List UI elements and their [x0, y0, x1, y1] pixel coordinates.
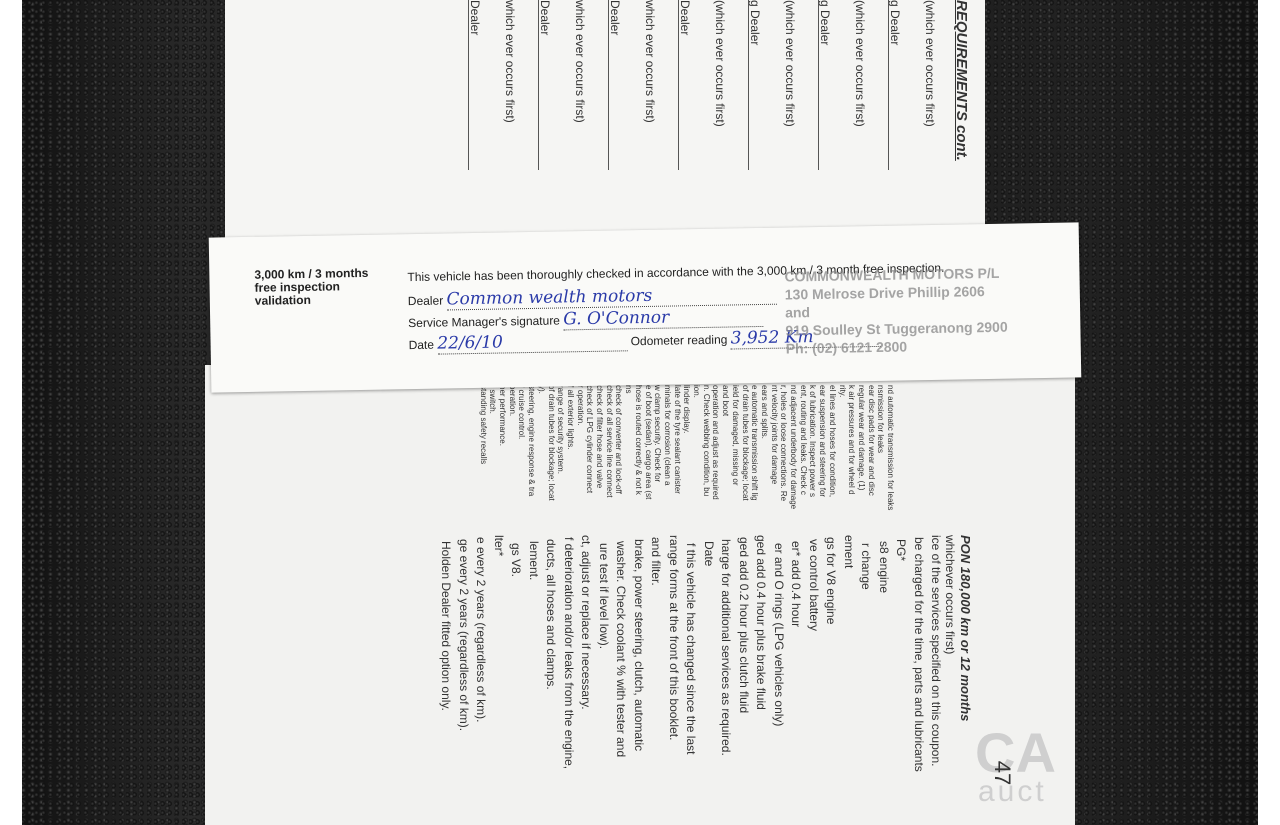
top-page: REQUIREMENTS cont. (which ever occurs fi… — [225, 0, 985, 250]
table-rule — [468, 0, 469, 170]
service-line: PG* — [894, 539, 908, 561]
checklist-line: ns — [624, 385, 633, 393]
checklist-line: nt velocity joints for damage — [770, 385, 779, 484]
service-line: ducts, all hoses and clamps. — [544, 539, 558, 690]
service-line: s8 engine — [877, 541, 891, 593]
checklist-line: ield for damaged, missing or — [731, 385, 740, 486]
service-line: ve control battery — [807, 539, 821, 631]
checklist-line: f cruise control. — [517, 385, 526, 439]
service-line: f this vehicle has changed since the las… — [684, 543, 698, 754]
checklist-line: el lines and hoses for condition, — [828, 385, 837, 497]
dealer-label: Dealer — [408, 294, 444, 309]
checklist-line: linder display. — [682, 385, 691, 433]
requirement-row-text: (which ever occurs first) — [713, 0, 727, 127]
checklist-line: minals for corrosion (clean a — [663, 385, 672, 485]
section-heading: REQUIREMENTS cont. — [953, 0, 970, 161]
service-line: ice of the services specified on this co… — [929, 535, 943, 766]
requirement-row-text: (which ever occurs first) — [783, 0, 797, 127]
coupon-subheading: whichever occurs first) — [943, 535, 957, 654]
service-line: ure test if level low). — [597, 543, 611, 649]
checklist-line: nsmission for leaks — [876, 385, 885, 453]
service-line: e every 2 years (regardless of km). — [474, 537, 488, 722]
page-number: 47 — [989, 761, 1015, 785]
signature-label: Service Manager's signature — [408, 313, 560, 330]
service-line: er and O rings (LPG vehicles only) — [772, 543, 786, 726]
odometer-label: Odometer reading — [631, 333, 728, 349]
requirement-row-text: which ever occurs first) — [573, 0, 587, 123]
checklist-line: check of filter hose and valve — [595, 385, 604, 488]
service-line: ged add 0.2 hour plus clutch fluid — [737, 537, 751, 713]
checklist-line: peration. — [508, 385, 517, 416]
requirement-row-text: (which ever occurs first) — [853, 0, 867, 127]
table-rule — [538, 0, 539, 170]
checklist-line: hose is routed correctly & not k — [634, 385, 643, 495]
service-line: and filter. — [649, 537, 663, 586]
service-line: Date — [702, 541, 716, 566]
checklist-line: of drain tubes for blockage; locat — [547, 385, 556, 501]
checklist-line: ears and splits. — [760, 385, 769, 439]
checklist-line: of drain tubes for blockage; locat — [741, 385, 750, 501]
service-line: ct, adjust or replace if necessary. — [579, 535, 593, 710]
coupon-title: 3,000 km / 3 months free inspection vali… — [254, 267, 385, 308]
checklist-line: f all exterior lights. — [566, 385, 575, 449]
signature-value: G. O'Connor — [563, 306, 763, 330]
service-line: brake, power steering, clutch, automatic — [632, 539, 646, 751]
checklist-line: check of LPG cylinder connect — [585, 385, 594, 493]
service-line: gs for V8 engine — [824, 537, 838, 624]
checklist-line: steering, engine response & tra — [527, 385, 536, 496]
checklist-line: check of all service line connect — [605, 385, 614, 498]
checklist-line: check of converter and lock-off — [614, 385, 623, 494]
requirement-row-text: g Dealer — [888, 0, 902, 45]
checklist-line: nd automatic transmission for leaks — [886, 385, 895, 510]
requirement-row-text: g Dealer — [818, 0, 832, 45]
date-label: Date — [408, 338, 434, 352]
checklist-line: ner performance. — [498, 385, 507, 446]
checklist-line: range of security system. — [556, 385, 565, 474]
left-border — [0, 0, 22, 825]
service-line: Holden Dealer fitted option only. — [439, 541, 453, 711]
service-line: f deterioration and/or leaks from the en… — [562, 537, 576, 769]
service-line: er* add 0.4 hour — [789, 541, 803, 627]
service-line: be charged for the time, parts and lubri… — [912, 537, 926, 772]
service-line: ge every 2 years (regardless of km). — [457, 539, 471, 731]
checklist-line: regular wear and damage. (1) — [857, 385, 866, 490]
checklist-line: e of boot (sedan), cargo area (st — [644, 385, 653, 499]
requirement-row-text: Dealer — [608, 0, 622, 35]
date-value: 22/6/10 — [437, 330, 627, 354]
service-line: harge for additional services as require… — [719, 539, 733, 756]
service-line: gs V8. — [509, 543, 523, 577]
right-border — [1258, 0, 1280, 825]
service-line: ged add 0.4 hour plus brake fluid — [754, 535, 768, 710]
checklist-line: rity. — [838, 385, 847, 397]
checklist-line: operation and adjust as required — [711, 385, 720, 500]
requirement-row-text: Dealer — [468, 0, 482, 35]
requirement-row-text: which ever occurs first) — [503, 0, 517, 123]
checklist-line: ear suspension and steering for — [818, 385, 827, 497]
requirement-row-text: (which ever occurs first) — [923, 0, 937, 127]
service-line: washer. Check coolant % with tester and — [614, 541, 628, 757]
bottom-page: PON 180,000 km or 12 months whichever oc… — [205, 365, 1075, 825]
checklist-line: and boot — [721, 385, 730, 416]
checklist-line: r, holes or loose connections. Re — [779, 385, 788, 501]
checklist-line: ear disc pads for wear and disc — [867, 385, 876, 496]
requirement-row-text: g Dealer — [748, 0, 762, 45]
checklist-line: ent, routing and leaks. Check c — [799, 385, 808, 495]
service-line: r change — [859, 543, 873, 590]
service-line: range forms at the front of this booklet… — [667, 535, 681, 740]
checklist-line: nd adjacent underbody for damage — [789, 385, 798, 509]
table-rule — [608, 0, 609, 170]
service-line: lement. — [527, 541, 541, 580]
checklist-line: w clamp security. Check for — [653, 385, 662, 482]
checklist-line: r operation. — [576, 385, 585, 425]
table-rule — [748, 0, 749, 170]
checklist-line: late of the tyre sealant canister — [673, 385, 682, 494]
service-line: ement — [842, 535, 856, 568]
checklist-line: n. Check webbing condition, bu — [702, 385, 711, 496]
table-rule — [678, 0, 679, 170]
requirement-row-text: which ever occurs first) — [643, 0, 657, 123]
service-line: lter* — [492, 535, 506, 556]
checklist-line: k of lubrication. Inspect power s — [808, 385, 817, 497]
checklist-line: t switch. — [488, 385, 497, 414]
table-rule — [818, 0, 819, 170]
requirement-row-text: Dealer — [678, 0, 692, 35]
checklist-line: k air pressures and for wheel d — [847, 385, 856, 494]
table-rule — [888, 0, 889, 170]
checklist-line: standing safety recalls — [479, 385, 488, 464]
checklist-line: e automatic transmission shift lig — [750, 385, 759, 501]
inspection-validation-coupon: 3,000 km / 3 months free inspection vali… — [209, 222, 1082, 392]
checklist-line: ion. — [692, 385, 701, 398]
coupon-heading: PON 180,000 km or 12 months — [958, 535, 973, 721]
requirement-row-text: Dealer — [538, 0, 552, 35]
dealer-stamp: COMMONWEALTH MOTORS P/L130 Melrose Drive… — [784, 264, 1008, 358]
